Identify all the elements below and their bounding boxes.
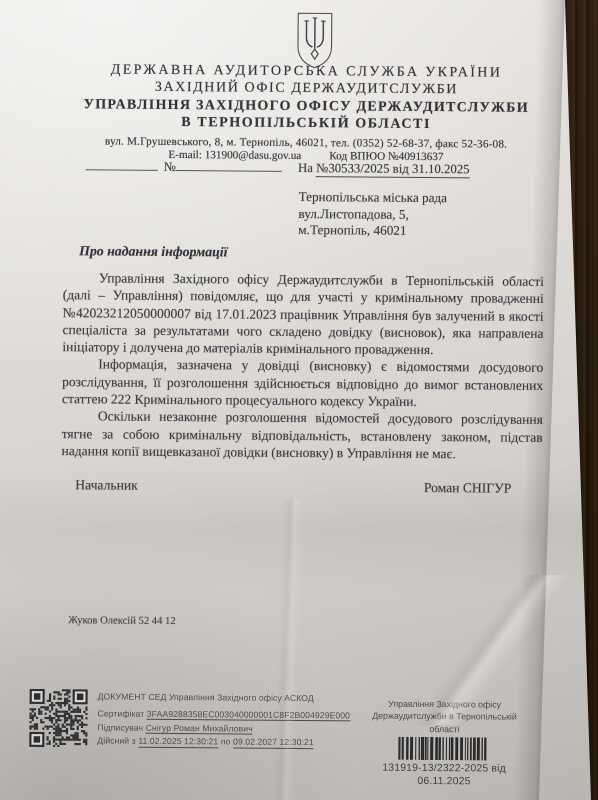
org-name-line2: ЗАХІДНИЙ ОФІС ДЕРЖАУДИТСЛУЖБИ (46, 79, 566, 99)
executor-note: Жуков Олексій 52 44 12 (68, 615, 175, 627)
recipient-name: Тернопільська міська рада (299, 189, 448, 207)
outgoing-number-label: № (164, 160, 176, 174)
outgoing-date-blank (86, 156, 158, 171)
recipient-street: вул.Листопадова, 5, (298, 206, 447, 224)
ukraine-trident-emblem-icon (291, 11, 339, 69)
subject-line: Про надання інформації (79, 243, 227, 260)
registration-number: 131919-13/2322-2025 від 06.11.2025 (369, 763, 519, 789)
qr-code (28, 689, 88, 747)
signer-position: Начальник (75, 477, 138, 493)
paper-crease (390, 575, 580, 725)
paragraph-2: Інформація, зазначена у довідці (висновк… (62, 356, 543, 412)
reply-reference: №30533/2025 від 31.10.2025 (316, 161, 470, 178)
recipient-city: м.Тернопіль, 46021 (298, 222, 447, 240)
paragraph-3: Оскільки незаконне розголошення відомост… (62, 408, 543, 464)
outgoing-number-blank (176, 157, 282, 172)
reference-row: №На №30533/2025 від 31.10.2025 (86, 156, 470, 177)
photo-background: ДЕРЖАВНА АУДИТОРСЬКА СЛУЖБА УКРАЇНИ ЗАХІ… (0, 0, 598, 800)
signature-row: Начальник Роман СНІГУР (75, 477, 511, 496)
letterhead: ДЕРЖАВНА АУДИТОРСЬКА СЛУЖБА УКРАЇНИ ЗАХІ… (46, 62, 567, 164)
certificate-value: 3FAA9288358EC003040000001C8F2B004929E000 (147, 709, 350, 722)
barcode (398, 737, 490, 761)
paragraph-1: Управління Західного офісу Держаудитслуж… (62, 269, 544, 359)
org-name-line4: В ТЕРНОПІЛЬСЬКІЙ ОБЛАСТІ (46, 114, 566, 134)
letter-body: Управління Західного офісу Держаудитслуж… (62, 269, 544, 463)
valid-from-date: 11.02.2025 12:30:21 (138, 736, 218, 748)
paper-crease (255, 500, 315, 800)
recipient-block: Тернопільська міська рада вул.Листопадов… (298, 189, 447, 240)
signer-name: Роман СНІГУР (424, 480, 512, 497)
reply-prefix: На (298, 161, 313, 175)
signer-fullname: Снігур Роман Михайлович (146, 722, 253, 734)
document-page: ДЕРЖАВНА АУДИТОРСЬКА СЛУЖБА УКРАЇНИ ЗАХІ… (0, 0, 598, 800)
